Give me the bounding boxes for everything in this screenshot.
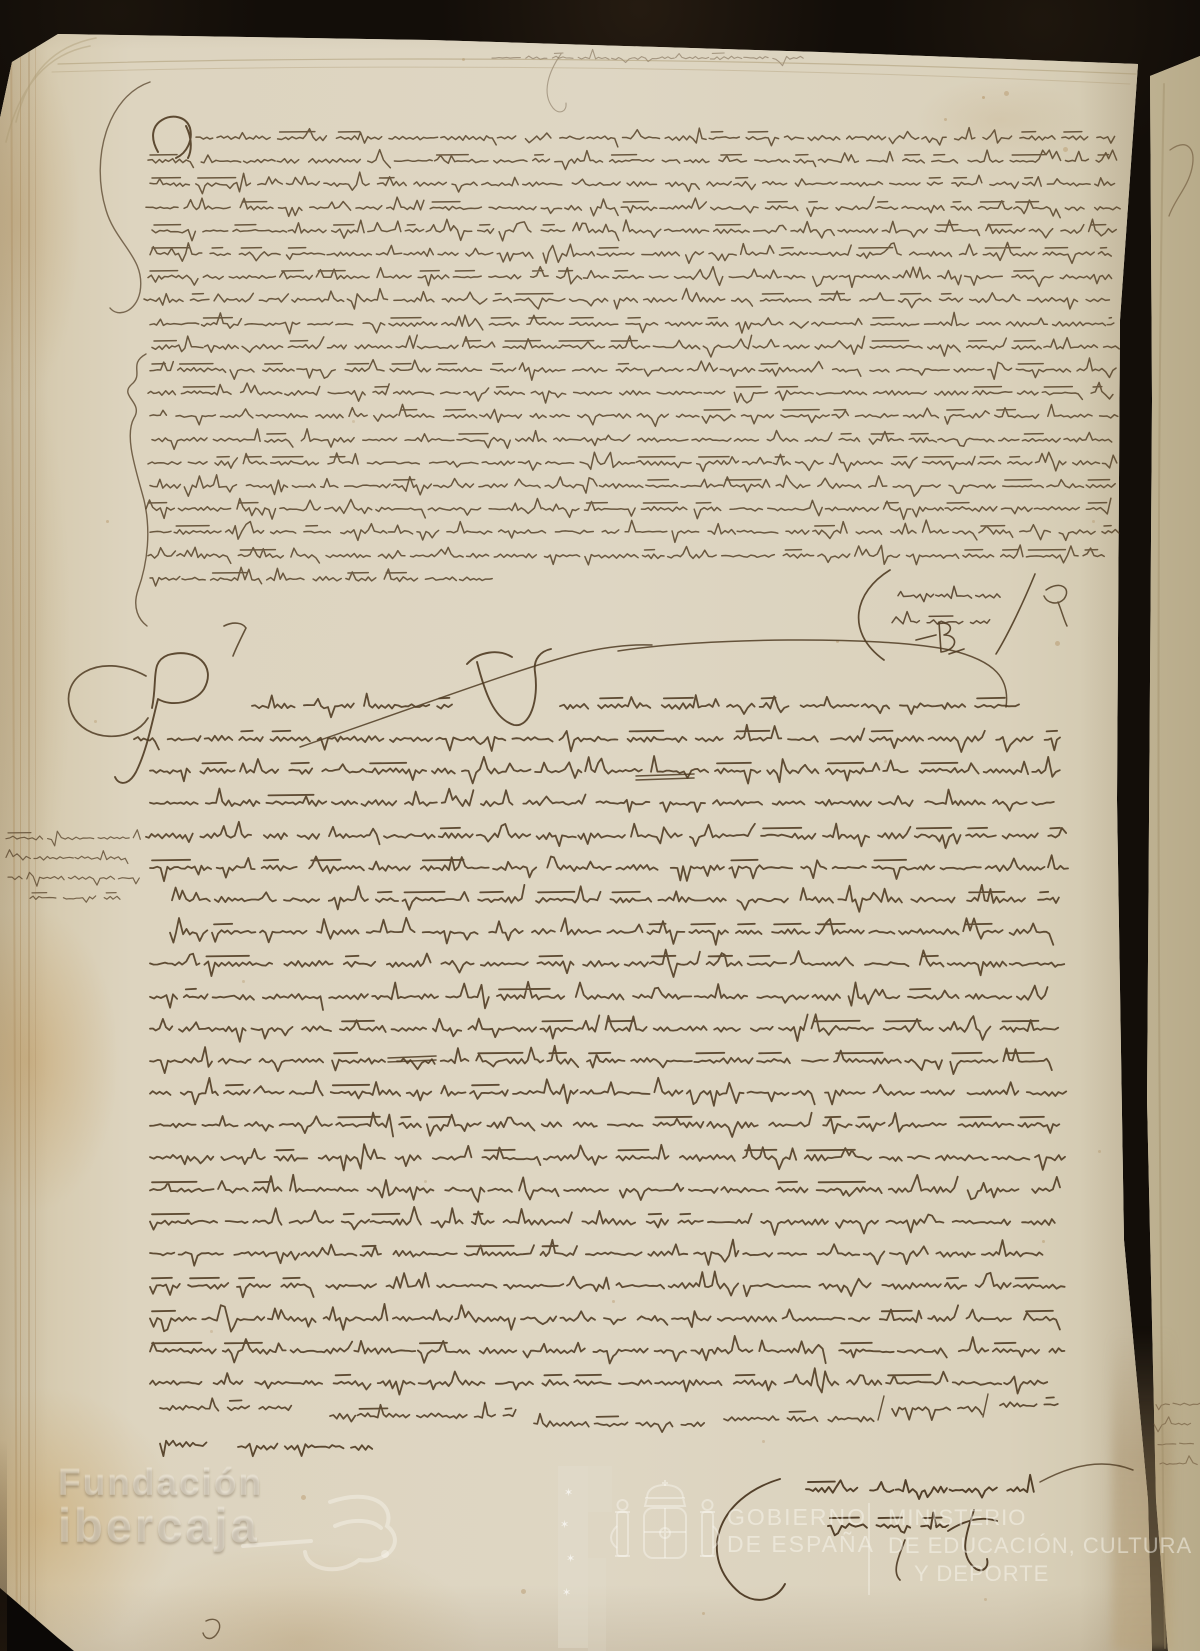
left-edge-crease [28, 30, 30, 1651]
foxing-spots [0, 0, 3, 3]
star-icon: ✶ [564, 1486, 573, 1499]
left-edge-crease [35, 30, 36, 1651]
manuscript-page [0, 0, 1200, 1651]
gutter-shadow [1112, 1330, 1172, 1651]
manuscript-scan: Fundación ibercaja ✶ ✶ ✶ ✶ [0, 0, 1200, 1651]
ministerio-watermark-line2: DE EDUCACIÓN, CULTURA [888, 1533, 1192, 1559]
flag-banner-lower [588, 1558, 606, 1651]
star-icon: ✶ [562, 1586, 571, 1599]
left-edge-crease [20, 30, 21, 1651]
watermark-divider [868, 1503, 870, 1595]
star-icon: ✶ [560, 1518, 569, 1531]
ministerio-watermark-line3: Y DEPORTE [914, 1561, 1049, 1587]
gobierno-watermark-line1: GOBIERNO [727, 1504, 867, 1531]
page-shading [0, 0, 1200, 1651]
flag-banner-notch [588, 1466, 612, 1512]
star-icon: ✶ [566, 1552, 575, 1565]
ibercaja-watermark-line2: ibercaja [58, 1498, 260, 1553]
gobierno-watermark-line2: DE ESPAÑA [727, 1531, 875, 1558]
left-edge-shadow [0, 1440, 7, 1651]
ministerio-watermark-line1: MINISTERIO [888, 1505, 1026, 1531]
